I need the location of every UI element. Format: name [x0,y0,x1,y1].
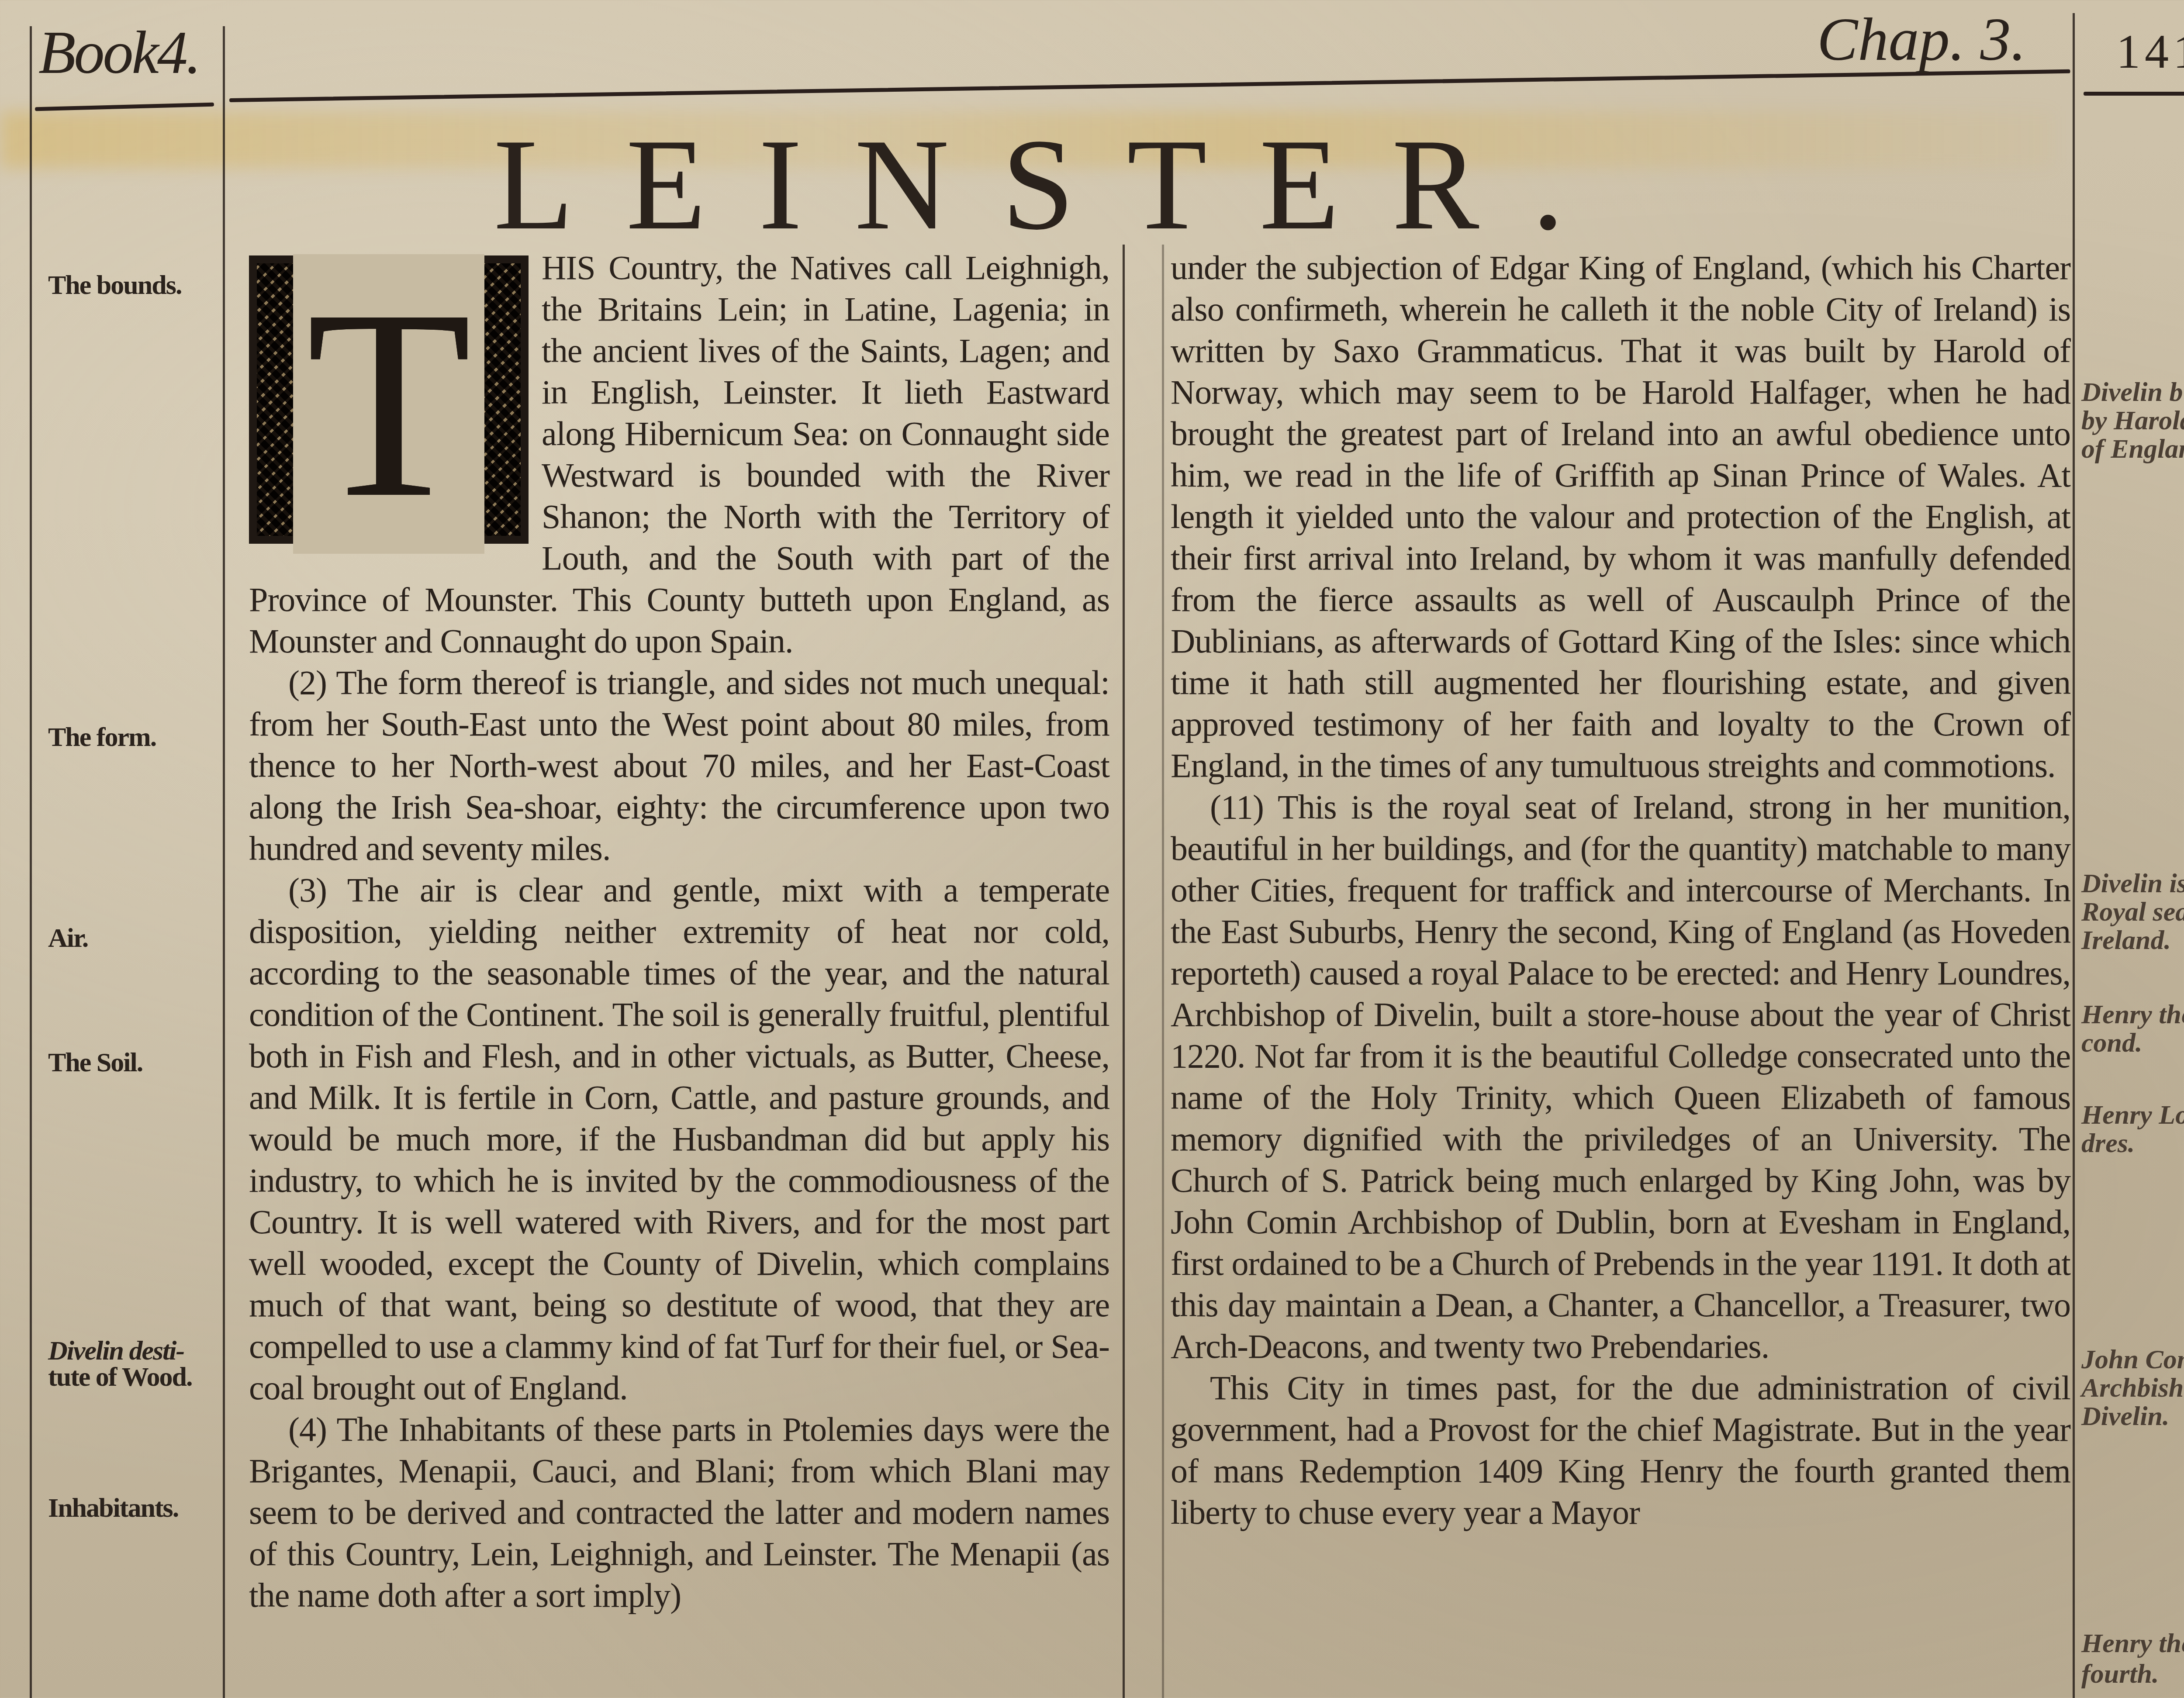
margin-note-divelin-built-1: Divelin built [2081,378,2184,407]
paragraph-government: This City in times past, for the due adm… [1171,1367,2070,1533]
margin-left-rule [223,26,225,1698]
paragraph-divelin-history: under the subjection of Edgar King of En… [1171,247,2070,786]
margin-note-henry-second-1: Henry the se- [2081,1000,2184,1029]
margin-note-henry-fourth-2: fourth. [2081,1660,2159,1688]
margin-note-bounds: The bounds. [48,271,181,300]
left-column: T HIS Country, the Natives call Leighnig… [249,247,1109,1616]
header-rule-main [229,69,2070,102]
margin-note-henry-loundres-1: Henry Loun- [2081,1101,2184,1129]
margin-note-air: Air. [48,924,88,953]
margin-note-soil: The Soil. [48,1048,142,1077]
margin-note-royal-seat-3: Ireland. [2081,926,2171,955]
margin-note-henry-fourth-1: Henry the [2081,1629,2184,1658]
paragraph-air-soil: (3) The air is clear and gentle, mixt wi… [249,869,1109,1408]
left-margin-notes: The bounds. The form. Air. The Soil. Div… [48,0,223,1698]
paragraph-royal-seat: (11) This is the royal seat of Ireland, … [1171,786,2070,1367]
right-margin-notes: Divelin built by Harold King of England.… [2081,0,2184,1698]
paragraph-form: (2) The form thereof is triangle, and si… [249,662,1109,869]
column-divider-right [1162,245,1164,1698]
dropcap-letter: T [249,282,529,526]
margin-note-john-comin-2: Archbishop of [2081,1374,2184,1402]
outer-left-rule [30,26,32,1698]
margin-note-divelin-destitute: Divelin desti- [48,1336,184,1365]
margin-note-royal-seat-1: Divelin is the [2081,869,2184,898]
margin-note-john-comin-1: John Comin [2081,1345,2184,1374]
margin-note-divelin-built-2: by Harold King [2081,406,2184,435]
margin-note-inhabitants: Inhabitants. [48,1494,178,1522]
page-title: LEINSTER. [494,109,1617,260]
margin-note-form: The form. [48,723,156,752]
running-head-chapter: Chap. 3. [1817,4,2026,75]
margin-note-destitute-wood: tute of Wood. [48,1363,192,1391]
margin-note-john-comin-3: Divelin. [2081,1402,2169,1431]
margin-note-royal-seat-2: Royal seat of [2081,897,2184,926]
right-column: under the subjection of Edgar King of En… [1171,247,2070,1533]
ornamental-initial-icon: T [249,255,529,544]
margin-note-divelin-built-3: of England. [2081,435,2184,463]
margin-right-rule [2073,13,2075,1698]
margin-note-henry-loundres-2: dres. [2081,1129,2135,1158]
column-divider [1123,245,1125,1698]
margin-note-henry-second-2: cond. [2081,1028,2143,1057]
paragraph-inhabitants: (4) The Inhabitants of these parts in Pt… [249,1408,1109,1616]
